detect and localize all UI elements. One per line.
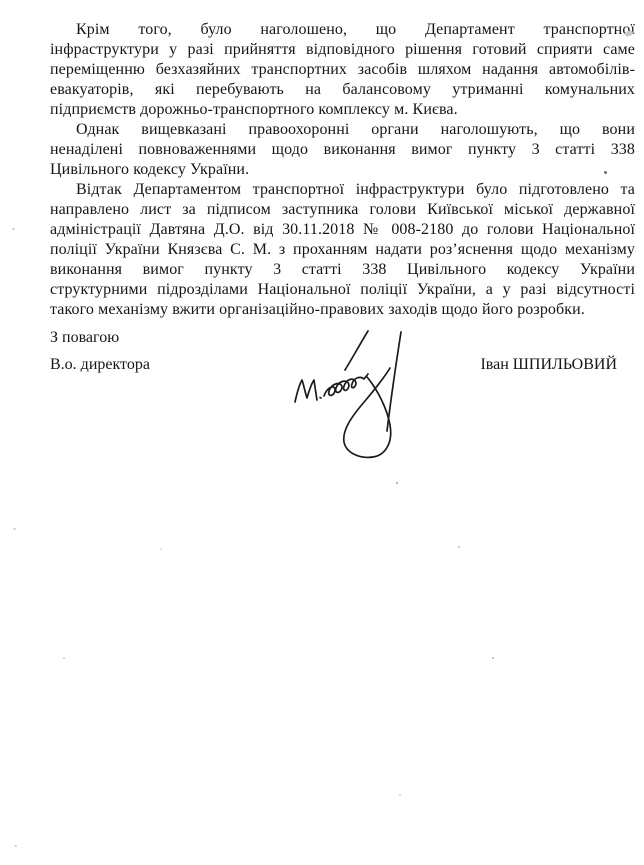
text-line: переміщенню безхазяйних транспортних зас… bbox=[50, 60, 635, 80]
letter-body: Крім того, було наголошено, що Департаме… bbox=[50, 20, 635, 320]
text-line: адміністрації Давтяна Д.О. від 30.11.201… bbox=[50, 220, 635, 240]
scan-speckle bbox=[492, 657, 494, 659]
signature-stroke-dot bbox=[320, 398, 321, 399]
paragraph: Однак вищевказані правоохоронні органи н… bbox=[50, 120, 635, 180]
scan-speckle bbox=[160, 548, 162, 550]
text-line: направлено лист за підписом заступника г… bbox=[50, 200, 635, 220]
paragraph: Крім того, було наголошено, що Департаме… bbox=[50, 20, 635, 120]
scan-speckle bbox=[12, 228, 15, 230]
scan-speckle bbox=[63, 657, 65, 659]
signature-stroke-m bbox=[295, 380, 317, 402]
text-line: структурними підрозділами Національної п… bbox=[50, 280, 635, 300]
text-line: такого механізму вжити організаційно-пра… bbox=[50, 300, 635, 320]
text-line: евакуаторів, які перебувають на балансов… bbox=[50, 80, 635, 100]
paragraph: Відтак Департаментом транспортної інфрас… bbox=[50, 180, 635, 320]
text-line: Відтак Департаментом транспортної інфрас… bbox=[50, 180, 635, 200]
text-line: ненаділені повноваженнями щодо виконання… bbox=[50, 140, 635, 160]
signer-title: В.о. директора bbox=[50, 355, 150, 375]
scan-speckle bbox=[396, 482, 398, 484]
text-line: Однак вищевказані правоохоронні органи н… bbox=[50, 120, 635, 140]
text-line: Крім того, було наголошено, що Департаме… bbox=[50, 20, 635, 40]
scan-speckle bbox=[14, 845, 17, 847]
document-page: Крім того, було наголошено, що Департаме… bbox=[0, 0, 644, 865]
handwritten-signature bbox=[288, 330, 428, 462]
text-line: інфраструктури у разі прийняття відповід… bbox=[50, 40, 635, 60]
letter-content: Крім того, було наголошено, що Департаме… bbox=[50, 20, 635, 375]
signer-name: Іван ШПИЛЬОВИЙ bbox=[480, 355, 617, 375]
signature-stroke-diagonal-left bbox=[345, 331, 368, 370]
signature-stroke-scrawl bbox=[324, 374, 368, 396]
text-line: виконання вимог пункту 3 статті 338 Циві… bbox=[50, 260, 635, 280]
scan-speckle bbox=[13, 528, 16, 530]
scan-speckle bbox=[399, 794, 401, 796]
text-line: підприємств дорожньо-транспортного компл… bbox=[50, 100, 635, 120]
text-line: Цивільного кодексу України. bbox=[50, 160, 635, 180]
text-line: поліції України Князєва С. М. з прохання… bbox=[50, 240, 635, 260]
scan-speckle bbox=[458, 546, 460, 548]
signature-stroke-diagonal-right bbox=[387, 332, 401, 431]
signature-stroke-loop bbox=[344, 368, 391, 457]
